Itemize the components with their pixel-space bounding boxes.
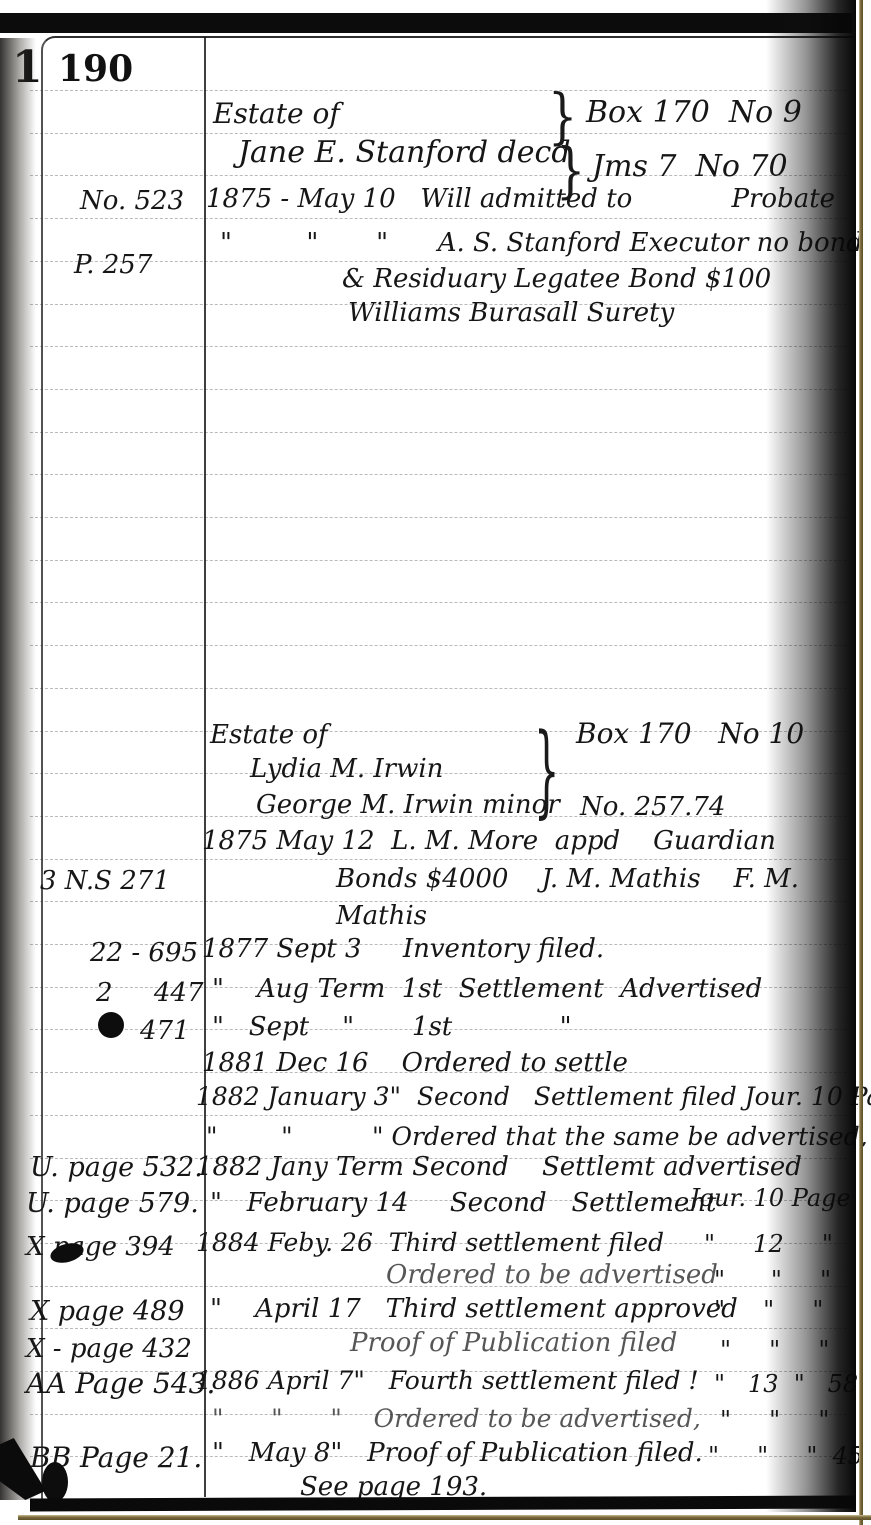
ledger-line: & Residuary Legatee Bond $100 bbox=[342, 266, 771, 292]
ledger-line: " Sept " 1st " bbox=[212, 1014, 572, 1040]
ledger-line: Bonds $4000 J. M. Mathis F. M. bbox=[336, 866, 799, 892]
ledger-line: 1886 April 7" Fourth settlement filed ! bbox=[196, 1368, 699, 1393]
ledger-line: Mathis bbox=[336, 903, 427, 929]
ledger-line: 1884 Feby. 26 Third settlement filed bbox=[196, 1230, 664, 1255]
volume-page-ref: X - page 432 bbox=[26, 1336, 192, 1362]
estate-1-ref: No. 523 bbox=[80, 188, 184, 214]
estate-1-ref: P. 257 bbox=[74, 252, 152, 278]
estate-2-case-number: No. 257.74 bbox=[580, 794, 725, 820]
scanned-ledger-page: 1 190 Estate of } Box 170 No 9 Jane E. S… bbox=[0, 0, 871, 1525]
ruled-line bbox=[30, 517, 852, 518]
ledger-line: " May 8" Proof of Publication filed. bbox=[212, 1440, 703, 1466]
estate-2-title: Estate of bbox=[210, 722, 328, 748]
volume-page-ref: AA Page 543. bbox=[26, 1370, 215, 1398]
page-top-edge-shadow bbox=[0, 13, 852, 33]
volume-page-ref: X page 394 bbox=[26, 1234, 175, 1260]
ruled-line bbox=[30, 389, 852, 390]
ledger-line: Williams Burasall Surety bbox=[348, 300, 674, 326]
estate-1-title: Estate of bbox=[213, 100, 340, 128]
ruled-line bbox=[30, 346, 852, 347]
page-curvature-shadow bbox=[766, 0, 856, 1512]
volume-page-ref: 3 N.S 271 bbox=[40, 868, 170, 894]
page-bottom-edge-shadow bbox=[30, 1496, 856, 1512]
ink-blot bbox=[98, 1012, 124, 1038]
scan-frame-right bbox=[859, 0, 863, 1525]
ruled-line bbox=[30, 261, 852, 262]
ledger-line: Ordered to be advertised bbox=[386, 1262, 718, 1288]
volume-page-ref: 2 447 bbox=[96, 980, 204, 1006]
ruled-line bbox=[30, 560, 852, 561]
estate-2-decedent-name: Lydia M. Irwin bbox=[250, 756, 443, 782]
ruled-line bbox=[30, 218, 852, 219]
ledger-line: " April 17 Third settlement approved bbox=[210, 1296, 738, 1322]
ruled-line bbox=[30, 688, 852, 689]
ledger-line: 1877 Sept 3 Inventory filed. bbox=[202, 936, 604, 962]
scan-frame-bottom bbox=[18, 1515, 871, 1520]
ledger-line: " Aug Term 1st Settlement Advertised bbox=[212, 976, 762, 1002]
ledger-line: 1875 - May 10 Will admitted to Probate bbox=[206, 186, 835, 212]
volume-page-ref: U. page 532. bbox=[30, 1154, 203, 1181]
ledger-line: Proof of Publication filed bbox=[350, 1330, 677, 1356]
ledger-line: 1881 Dec 16 Ordered to settle bbox=[202, 1050, 628, 1076]
ruled-line bbox=[30, 432, 852, 433]
estate-1-decedent-name: Jane E. Stanford decd bbox=[238, 138, 571, 168]
estate-1-file-number: Jms 7 No 70 bbox=[592, 152, 788, 182]
volume-page-ref: 471 bbox=[140, 1018, 190, 1044]
reference-column-divider bbox=[204, 37, 206, 1497]
ruled-line bbox=[30, 602, 852, 603]
ruled-line bbox=[30, 474, 852, 475]
estate-2-minor-name: George M. Irwin minor bbox=[256, 792, 560, 818]
ruled-line bbox=[30, 859, 852, 860]
ledger-line: " February 14 Second Settlement bbox=[210, 1190, 717, 1216]
volume-page-ref: U. page 579. bbox=[26, 1190, 199, 1217]
ledger-line: 1882 Jany Term Second Settlemt advertise… bbox=[196, 1154, 802, 1180]
ruled-line bbox=[30, 901, 852, 902]
page-number: 190 bbox=[58, 48, 133, 90]
volume-page-ref: 22 - 695 bbox=[90, 940, 198, 966]
ruled-line bbox=[30, 90, 852, 91]
ledger-line: " " " Ordered to be advertised, bbox=[212, 1406, 701, 1431]
ink-blot bbox=[42, 1462, 68, 1502]
ruled-line bbox=[30, 645, 852, 646]
book-binding-shadow bbox=[0, 38, 36, 1500]
ruled-line bbox=[30, 1115, 852, 1116]
ruled-line bbox=[30, 133, 852, 134]
volume-page-ref: X page 489 bbox=[30, 1298, 185, 1325]
ledger-line: 1875 May 12 L. M. More appd Guardian bbox=[202, 828, 776, 854]
